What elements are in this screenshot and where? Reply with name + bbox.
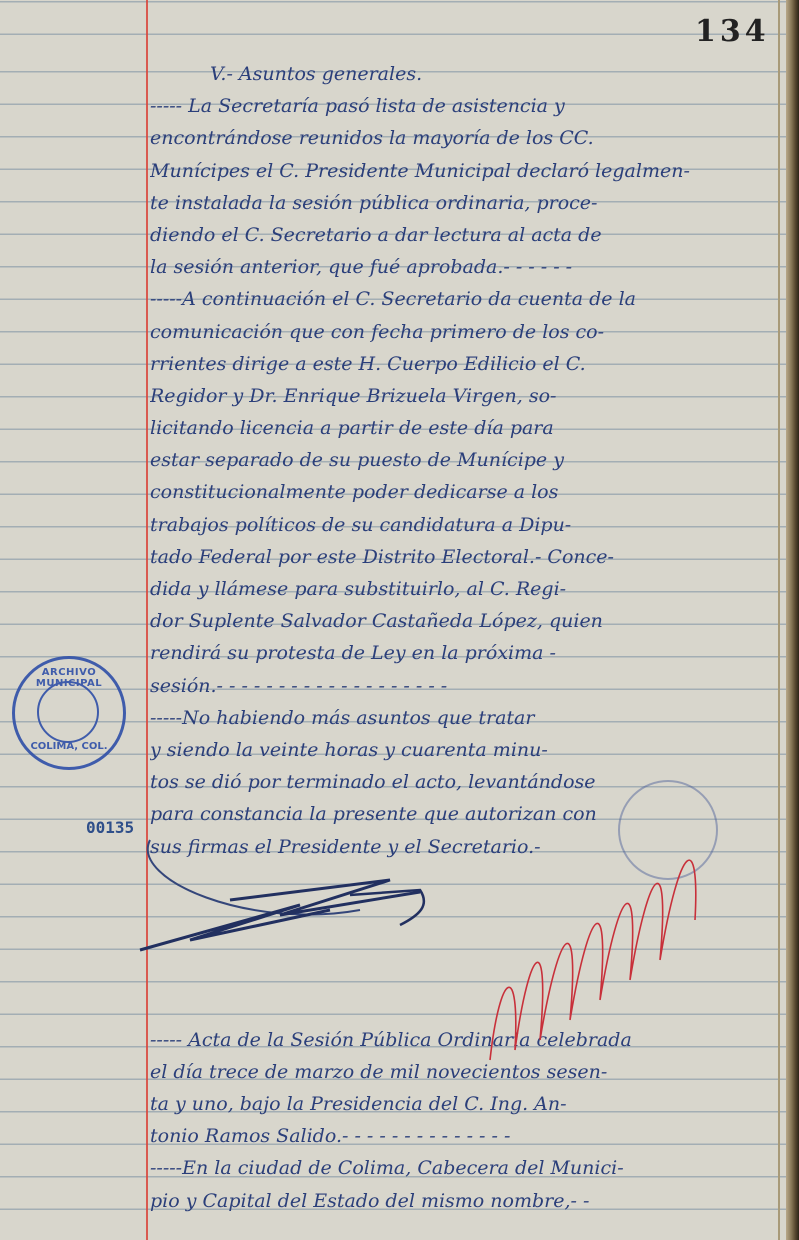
text-line: encontrándose reunidos la mayoría de los…	[150, 122, 780, 154]
text-line: y siendo la veinte horas y cuarenta minu…	[150, 734, 780, 766]
text-line: rrientes dirige a este H. Cuerpo Edilici…	[150, 348, 780, 380]
text-line: ----- La Secretaría pasó lista de asiste…	[150, 90, 780, 122]
ledger-page: 134 V.- Asuntos generales. ----- La Secr…	[0, 0, 786, 1240]
text-line: tado Federal por este Distrito Electoral…	[150, 541, 780, 573]
text-line: trabajos políticos de su candidatura a D…	[150, 509, 780, 541]
text-line: te instalada la sesión pública ordinaria…	[150, 187, 780, 219]
text-line: -----En la ciudad de Colima, Cabecera de…	[150, 1152, 780, 1184]
text-line: -----No habiendo más asuntos que tratar	[150, 702, 780, 734]
secretary-signature-icon	[470, 820, 730, 1080]
stamp-bottom-text: COLIMA, COL.	[15, 741, 123, 752]
president-signature-icon	[130, 820, 450, 960]
text-line: dor Suplente Salvador Castañeda López, q…	[150, 605, 780, 637]
text-line: -----A continuación el C. Secretario da …	[150, 283, 780, 315]
stamp-emblem-icon	[37, 681, 99, 743]
text-line: diendo el C. Secretario a dar lectura al…	[150, 219, 780, 251]
folio-number: 00135	[86, 818, 134, 837]
archive-stamp: ARCHIVO MUNICIPAL COLIMA, COL.	[12, 656, 126, 770]
margin-line	[146, 0, 148, 1240]
text-line: estar separado de su puesto de Munícipe …	[150, 444, 780, 476]
text-line: la sesión anterior, que fué aprobada.- -…	[150, 251, 780, 283]
text-line: constitucionalmente poder dedicarse a lo…	[150, 476, 780, 508]
text-line: pio y Capital del Estado del mismo nombr…	[150, 1185, 780, 1217]
text-line: V.- Asuntos generales.	[150, 58, 780, 90]
text-line: Munícipes el C. Presidente Municipal dec…	[150, 155, 780, 187]
text-line: ta y uno, bajo la Presidencia del C. Ing…	[150, 1088, 780, 1120]
text-line: rendirá su protesta de Ley en la próxima…	[150, 637, 780, 669]
text-line: comunicación que con fecha primero de lo…	[150, 316, 780, 348]
text-line: tonio Ramos Salido.- - - - - - - - - - -…	[150, 1120, 780, 1152]
text-line: dida y llámese para substituirlo, al C. …	[150, 573, 780, 605]
text-line: sesión.- - - - - - - - - - - - - - - - -…	[150, 670, 780, 702]
page-number: 134	[695, 14, 770, 49]
text-line: licitando licencia a partir de este día …	[150, 412, 780, 444]
text-line: Regidor y Dr. Enrique Brizuela Virgen, s…	[150, 380, 780, 412]
book-spine	[786, 0, 799, 1240]
